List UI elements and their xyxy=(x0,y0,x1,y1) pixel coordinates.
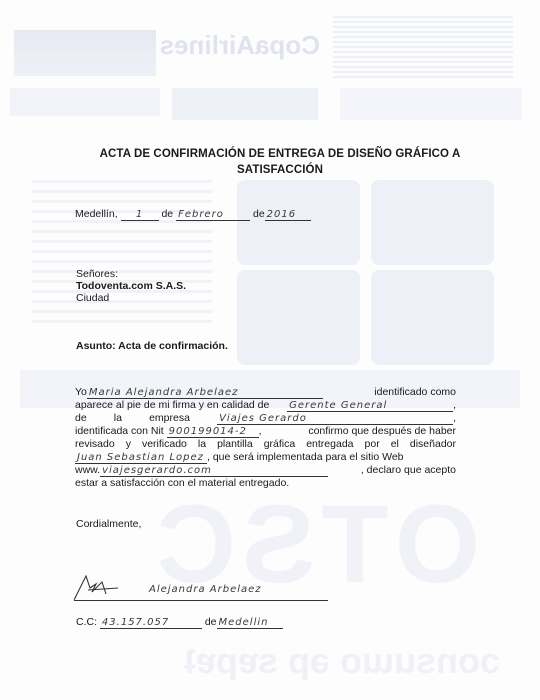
signature-scribble-icon xyxy=(74,574,134,602)
year-field[interactable]: 2016 xyxy=(265,209,311,221)
paragraph-text: identificado como xyxy=(374,386,456,399)
title-line-1: ACTA DE CONFIRMACIÓN DE ENTREGA DE DISEÑ… xyxy=(95,146,465,162)
recipient-company: Todoventa.com S.A.S. xyxy=(76,280,186,292)
title-line-2: SATISFACCIÓN xyxy=(95,162,465,178)
paragraph-text: revisado y verificado la plantilla gráfi… xyxy=(75,438,456,451)
date-line: Medellín, 1 de Febrero de2016 xyxy=(75,208,311,221)
paragraph-text: empresa xyxy=(149,412,190,425)
paragraph-text: de xyxy=(75,412,87,425)
cc-number-field[interactable]: 43.157.057 xyxy=(100,617,202,629)
cc-city-field[interactable]: Medellin xyxy=(217,617,283,629)
paragraph-text: la xyxy=(114,412,122,425)
id-line: C.C: 43.157.057 deMedellin xyxy=(76,616,283,629)
confirmation-paragraph: YoMaria Alejandra Arbelaez identificado … xyxy=(75,386,456,490)
yo-label: Yo xyxy=(75,386,87,398)
recipient-city: Ciudad xyxy=(76,292,186,304)
subject-line: Asunto: Acta de confirmación. xyxy=(76,340,228,353)
closing: Cordialmente, xyxy=(76,518,141,531)
document-title: ACTA DE CONFIRMACIÓN DE ENTREGA DE DISEÑ… xyxy=(95,146,465,178)
www-label: www. xyxy=(75,464,100,476)
de-label: de xyxy=(205,616,217,628)
paragraph-row: de la empresa Viajes Gerardo, xyxy=(75,412,456,425)
website-field[interactable]: viajesgerardo.com xyxy=(100,465,328,477)
signed-name: Alejandra Arbelaez xyxy=(147,584,264,595)
paragraph-row: aparece al pie de mi firma y en calidad … xyxy=(75,399,456,412)
designer-field[interactable]: Juan Sebastian Lopez xyxy=(75,452,207,464)
paragraph-text: , declaro que acepto xyxy=(361,464,456,477)
paragraph-row: Juan Sebastian Lopez, que será implement… xyxy=(75,451,456,464)
paragraph-row: www.viajesgerardo.com , declaro que acep… xyxy=(75,464,456,477)
role-field[interactable]: Gerente General xyxy=(287,400,453,412)
confirmation-document: ACTA DE CONFIRMACIÓN DE ENTREGA DE DISEÑ… xyxy=(0,0,540,700)
paragraph-row: YoMaria Alejandra Arbelaez identificado … xyxy=(75,386,456,399)
paragraph-text: aparece al pie de mi firma y en calidad … xyxy=(75,399,269,412)
company-field[interactable]: Viajes Gerardo xyxy=(217,413,453,425)
paragraph-text: confirmo que después de haber xyxy=(308,425,456,438)
signature-line[interactable]: Alejandra Arbelaez xyxy=(74,580,328,601)
paragraph-text: identificada con Nit xyxy=(75,425,164,437)
de-label: de xyxy=(253,208,265,220)
day-field[interactable]: 1 xyxy=(121,209,159,221)
nit-field[interactable]: 900199014-2 xyxy=(167,426,259,438)
recipient-block: Señores: Todoventa.com S.A.S. Ciudad xyxy=(76,268,186,304)
paragraph-text: , que será implementada para el sitio We… xyxy=(207,451,404,463)
month-field[interactable]: Febrero xyxy=(176,209,250,221)
paragraph-text: estar a satisfacción con el material ent… xyxy=(75,477,456,490)
cc-label: C.C: xyxy=(76,616,97,628)
city-label: Medellín, xyxy=(75,208,118,220)
de-label: de xyxy=(161,208,173,220)
name-field[interactable]: Maria Alejandra Arbelaez xyxy=(87,387,323,399)
salutation: Señores: xyxy=(76,268,186,280)
paragraph-row: identificada con Nit 900199014-2, confir… xyxy=(75,425,456,438)
